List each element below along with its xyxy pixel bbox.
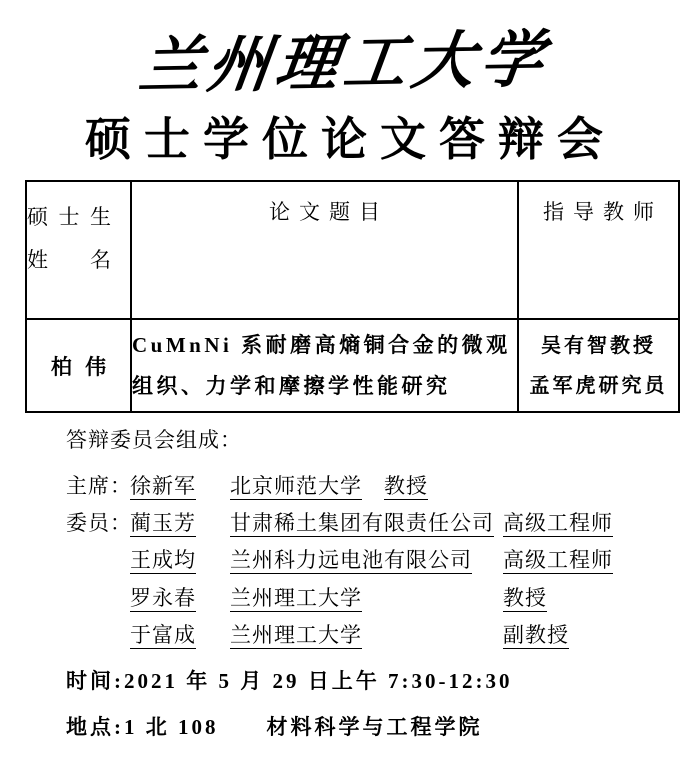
committee-member-org-text: 北京师范大学	[230, 474, 362, 500]
committee-member-org-text: 兰州理工大学	[230, 623, 362, 649]
committee-member-name: 徐新军	[130, 474, 230, 498]
cell-advisors: 吴有智教授 孟军虎研究员	[518, 319, 679, 412]
header-cell-thesis-title: 论文题目	[131, 181, 518, 319]
committee-member-org-text: 兰州理工大学	[230, 586, 362, 612]
page-title: 硕士学位论文答辩会	[0, 111, 688, 169]
committee-member-title: 教授	[384, 474, 428, 498]
committee-member-title: 高级工程师	[503, 511, 613, 535]
committee-member-title-text: 高级工程师	[503, 548, 613, 574]
header-cell-student-name: 硕士生 姓名	[26, 181, 131, 319]
committee-member-name-text: 徐新军	[130, 474, 196, 500]
committee-role-label: 委员：	[66, 511, 130, 535]
committee-member-name-text: 于富成	[130, 623, 196, 649]
committee-member-name: 王成均	[130, 548, 230, 572]
defense-info-table: 硕士生 姓名 论文题目 指导教师 柏 伟 CuMnNi 系耐磨高熵铜合金的微观组…	[25, 180, 680, 413]
advisor-1: 吴有智教授	[519, 336, 678, 356]
advisor-header: 指导教师	[519, 182, 678, 226]
committee-member-title-text: 副教授	[503, 623, 569, 649]
committee-row-member: 王成均 兰州科力远电池有限公司 高级工程师	[66, 548, 688, 572]
committee-member-name-text: 蔺玉芳	[130, 511, 196, 537]
header-cell-advisor: 指导教师	[518, 181, 679, 319]
committee-member-org: 北京师范大学	[230, 474, 362, 498]
committee-member-name: 蔺玉芳	[130, 511, 230, 535]
committee-member-title-text: 高级工程师	[503, 511, 613, 537]
university-logo-calligraphy: 兰州理工大学	[135, 20, 554, 108]
committee-member-title-text: 教授	[384, 474, 428, 500]
committee-member-org-text: 甘肃稀土集团有限责任公司	[230, 511, 494, 537]
committee-member-org: 兰州理工大学	[230, 586, 503, 610]
committee-member-name-text: 王成均	[130, 548, 196, 574]
committee-member-title: 高级工程师	[503, 548, 613, 572]
committee-member-title: 副教授	[503, 623, 569, 647]
time-line: 时间:2021 年 5 月 29 日上午 7:30-12:30	[66, 669, 688, 693]
committee-member-org-text: 兰州科力远电池有限公司	[230, 548, 472, 574]
committee-member-name: 罗永春	[130, 586, 230, 610]
committee-row-chair: 主席： 徐新军 北京师范大学 教授	[66, 474, 688, 498]
committee-member-name-text: 罗永春	[130, 586, 196, 612]
place-line: 地点:1 北 108 材料科学与工程学院	[66, 715, 688, 739]
table-data-row: 柏 伟 CuMnNi 系耐磨高熵铜合金的微观组织、力学和摩擦学性能研究 吴有智教…	[26, 319, 679, 412]
student-name-header-line1: 硕士生	[27, 207, 111, 228]
student-name-header-line2: 姓名	[27, 250, 111, 271]
committee-member-org: 兰州理工大学	[230, 623, 503, 647]
cell-thesis-title: CuMnNi 系耐磨高熵铜合金的微观组织、力学和摩擦学性能研究	[131, 319, 518, 412]
cell-student-name: 柏 伟	[26, 319, 131, 412]
committee-row-member: 于富成 兰州理工大学 副教授	[66, 623, 688, 647]
thesis-title-header: 论文题目	[132, 182, 517, 226]
committee-row-member: 委员： 蔺玉芳 甘肃稀土集团有限责任公司 高级工程师	[66, 511, 688, 535]
committee-heading: 答辩委员会组成：	[66, 429, 688, 452]
committee-section: 答辩委员会组成： 主席： 徐新军 北京师范大学 教授 委员： 蔺玉芳 甘肃稀土集…	[66, 429, 688, 647]
committee-member-name: 于富成	[130, 623, 230, 647]
committee-member-org: 甘肃稀土集团有限责任公司	[230, 511, 503, 535]
committee-row-member: 罗永春 兰州理工大学 教授	[66, 586, 688, 610]
university-logo: 兰州理工大学	[0, 24, 688, 105]
student-name-header: 硕士生 姓名	[27, 170, 130, 317]
defense-announcement-page: 兰州理工大学 硕士学位论文答辩会 硕士生 姓名 论文题目 指导教师 柏	[0, 0, 688, 769]
committee-role-label: 主席：	[66, 474, 130, 498]
advisor-2: 孟军虎研究员	[519, 376, 678, 396]
committee-member-title: 教授	[503, 586, 547, 610]
committee-member-org: 兰州科力远电池有限公司	[230, 548, 503, 572]
table-header-row: 硕士生 姓名 论文题目 指导教师	[26, 181, 679, 319]
committee-member-title-text: 教授	[503, 586, 547, 612]
